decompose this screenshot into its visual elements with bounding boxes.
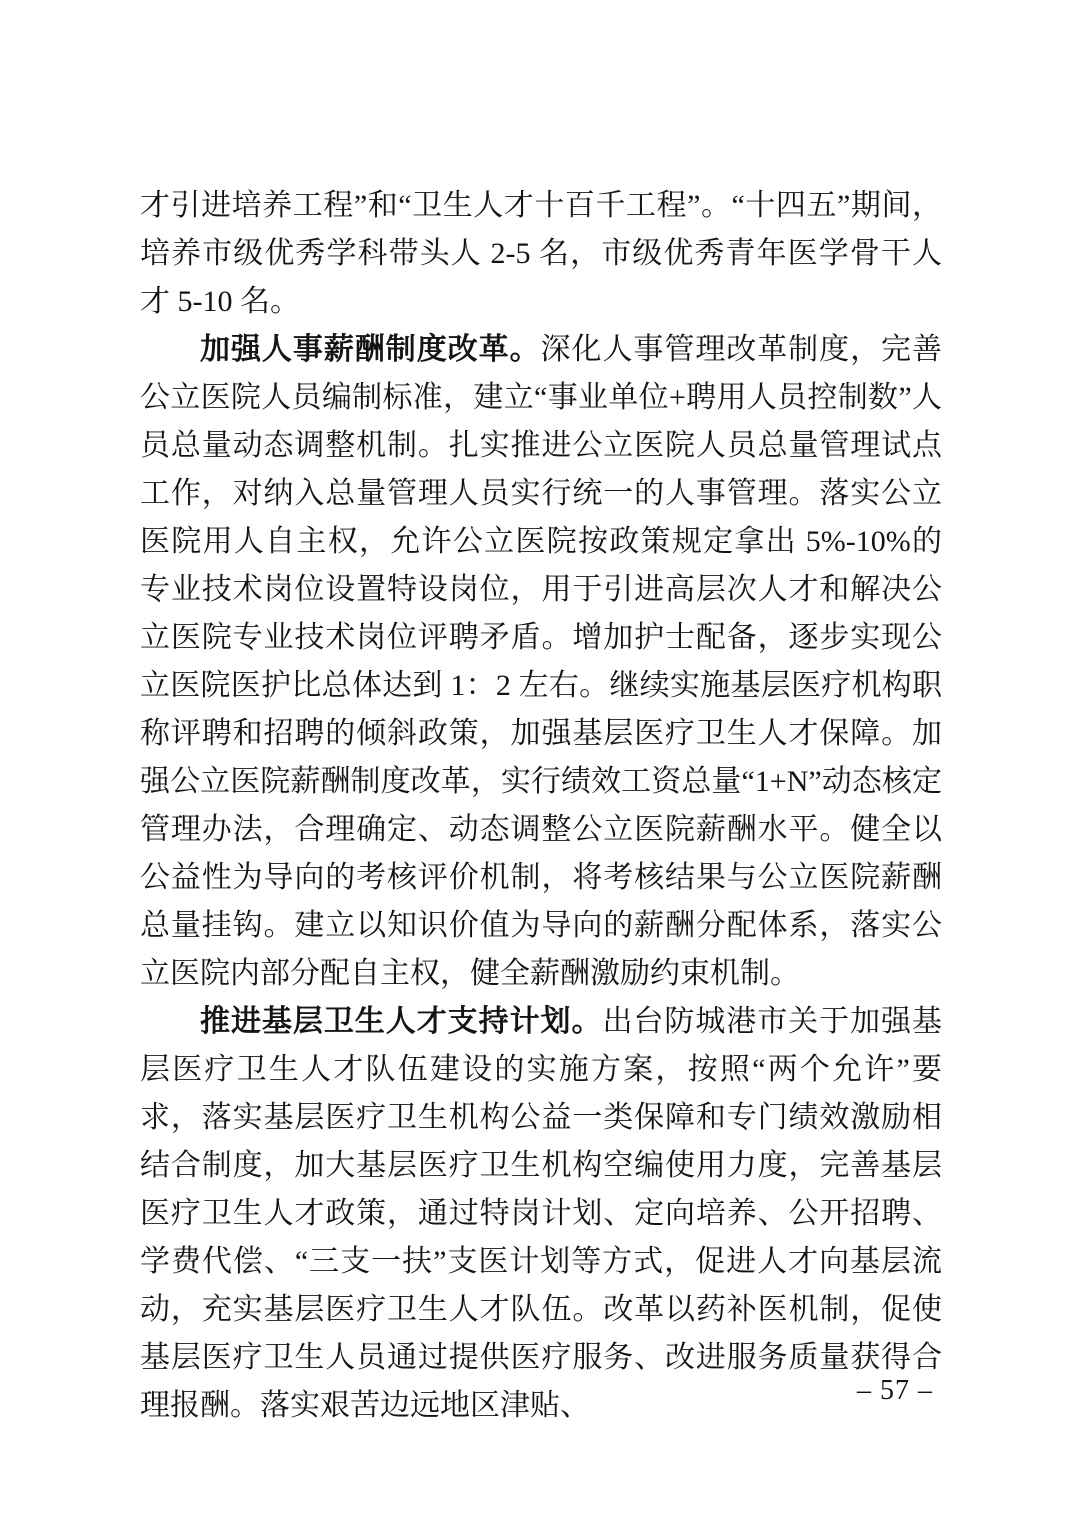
paragraph-lead: 加强人事薪酬制度改革。: [200, 333, 541, 366]
paragraph-text: 出台防城港市关于加强基层医疗卫生人才队伍建设的实施方案，按照“两个允许”要求，落…: [140, 1005, 942, 1422]
document-page: 才引进培养工程”和“卫生人才十百千工程”。“十四五”期间，培养市级优秀学科带头人…: [0, 0, 1074, 1520]
text-paragraph: 才引进培养工程”和“卫生人才十百千工程”。“十四五”期间，培养市级优秀学科带头人…: [140, 182, 942, 326]
text-paragraph: 推进基层卫生人才支持计划。出台防城港市关于加强基层医疗卫生人才队伍建设的实施方案…: [140, 998, 942, 1430]
document-body: 才引进培养工程”和“卫生人才十百千工程”。“十四五”期间，培养市级优秀学科带头人…: [140, 182, 942, 1430]
paragraph-text: 深化人事管理改革制度，完善公立医院人员编制标准，建立“事业单位+聘用人员控制数”…: [140, 333, 942, 990]
text-paragraph: 加强人事薪酬制度改革。深化人事管理改革制度，完善公立医院人员编制标准，建立“事业…: [140, 326, 942, 998]
page-number: – 57 –: [845, 1374, 945, 1408]
paragraph-text: 才引进培养工程”和“卫生人才十百千工程”。“十四五”期间，培养市级优秀学科带头人…: [140, 189, 942, 318]
paragraph-lead: 推进基层卫生人才支持计划。: [200, 1005, 602, 1038]
